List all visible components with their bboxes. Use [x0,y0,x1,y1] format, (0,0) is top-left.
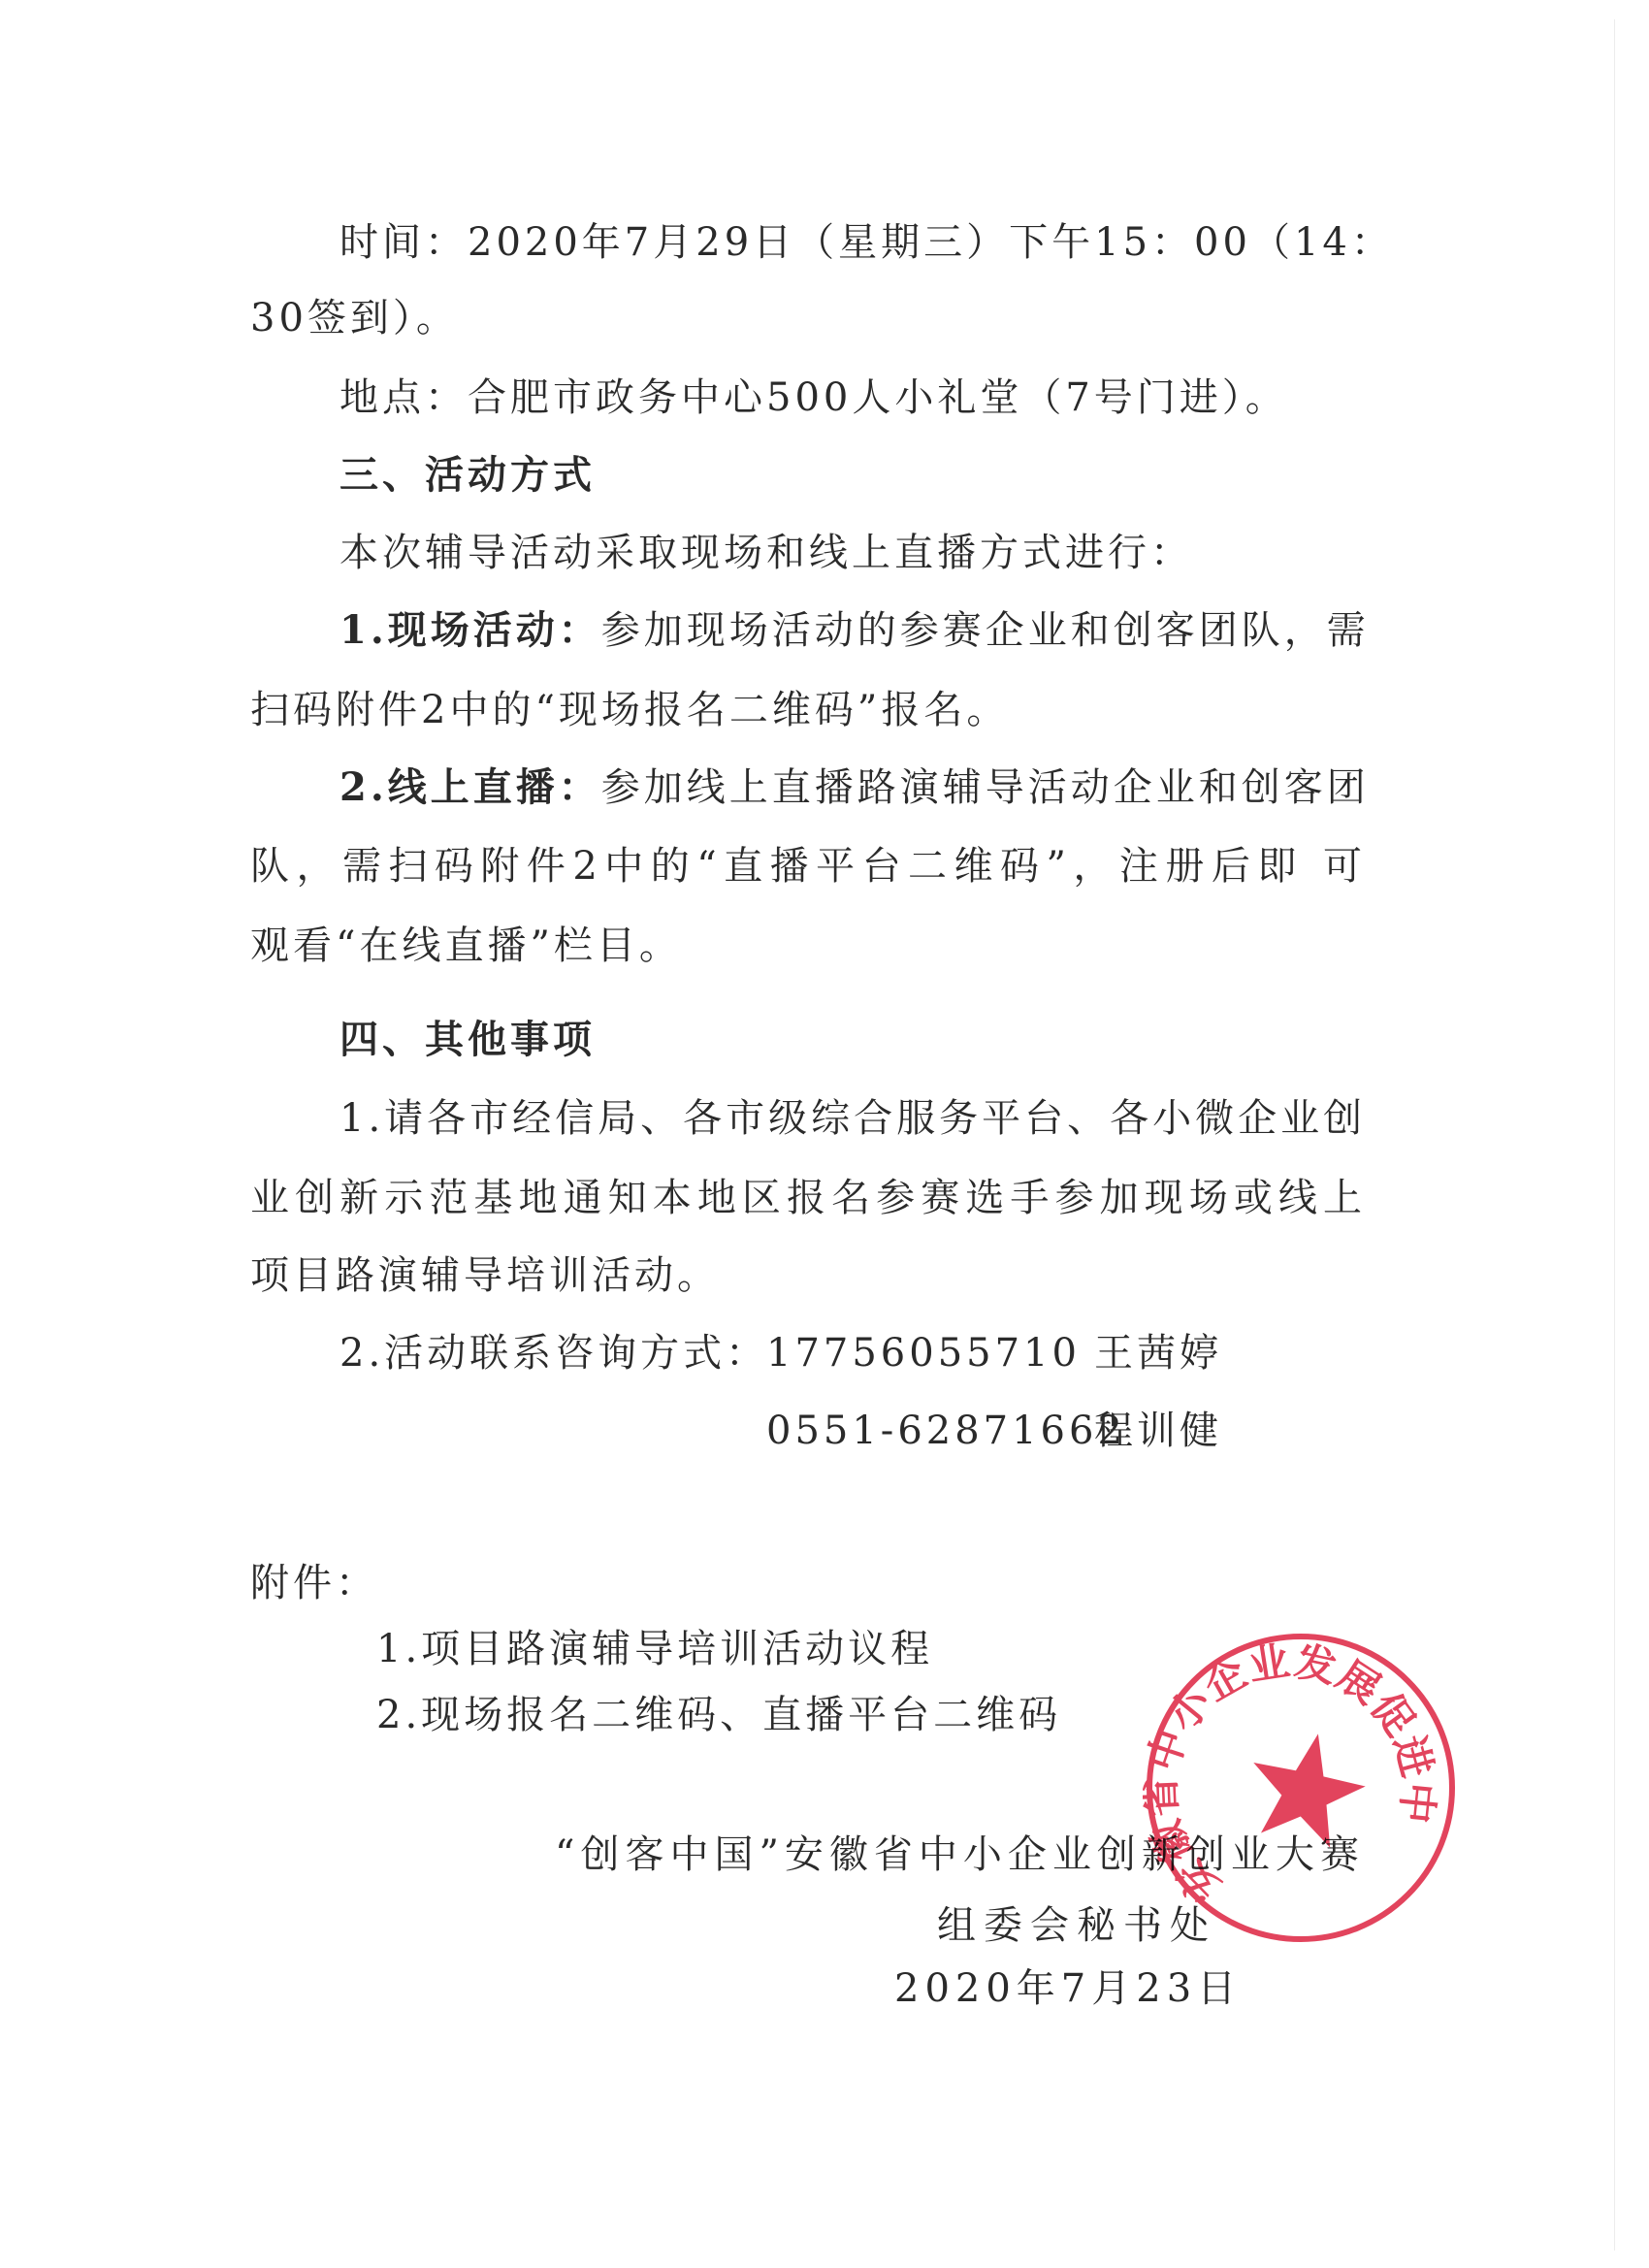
section-3-item-1: 1.现场活动：参加现场活动的参赛企业和创客团队，需 [339,607,1363,654]
section-3-item-2-cont: 队，需扫码附件2中的“直播平台二维码”，注册后即 可 [250,843,1366,890]
item-2-label: 2.线上直播： [339,764,601,810]
star-icon [1240,1722,1374,1852]
official-seal: 安徽省中小企业发展促进中心 [1143,1630,1459,1946]
time-line-1: 时间：2020年7月29日（星期三）下午15：00（14： [339,219,1363,266]
time-line-2: 30签到）。 [250,295,459,341]
scan-edge-line [1614,19,1615,2251]
location-line: 地点：合肥市政务中心500人小礼堂（7号门进）。 [339,374,1288,421]
signature-date: 2020年7月23日 [894,1965,1242,2012]
attachment-item-1: 1.项目路演辅导培训活动议程 [376,1626,933,1672]
section-4-item-1-cont: 业创新示范基地通知本地区报名参赛选手参加现场或线上 [250,1175,1366,1221]
contact-name-1: 王茜婷 [1094,1330,1222,1377]
attachments-label: 附件： [250,1560,378,1606]
contact-phone-2: 0551-62871662 [766,1408,1126,1454]
section-4-item-2-label: 2.活动联系咨询方式： [339,1330,768,1377]
section-4-item-1-cont-2: 项目路演辅导培训活动。 [250,1252,720,1299]
section-4-heading: 四、其他事项 [339,1017,596,1063]
contact-phone-1: 17756055710 [766,1330,1081,1377]
section-3-heading: 三、活动方式 [339,452,596,499]
item-2-text: 参加线上直播路演辅导活动企业和创客团 [601,765,1370,810]
contact-name-2: 程训健 [1094,1408,1222,1454]
section-3-intro: 本次辅导活动采取现场和线上直播方式进行： [339,530,1193,576]
section-3-item-2: 2.线上直播：参加线上直播路演辅导活动企业和创客团 [339,764,1363,811]
attachment-item-2: 2.现场报名二维码、直播平台二维码 [376,1692,1061,1738]
item-1-label: 1.现场活动： [339,607,601,653]
section-3-item-2-cont-2: 观看“在线直播”栏目。 [250,923,682,969]
item-1-text: 参加现场活动的参赛企业和创客团队，需 [601,608,1370,653]
section-4-item-1: 1.请各市经信局、各市级综合服务平台、各小微企业创 [339,1095,1363,1142]
document-page: 时间：2020年7月29日（星期三）下午15：00（14： 30签到）。 地点：… [0,0,1649,2268]
section-3-item-1-cont: 扫码附件2中的“现场报名二维码”报名。 [250,687,1009,733]
